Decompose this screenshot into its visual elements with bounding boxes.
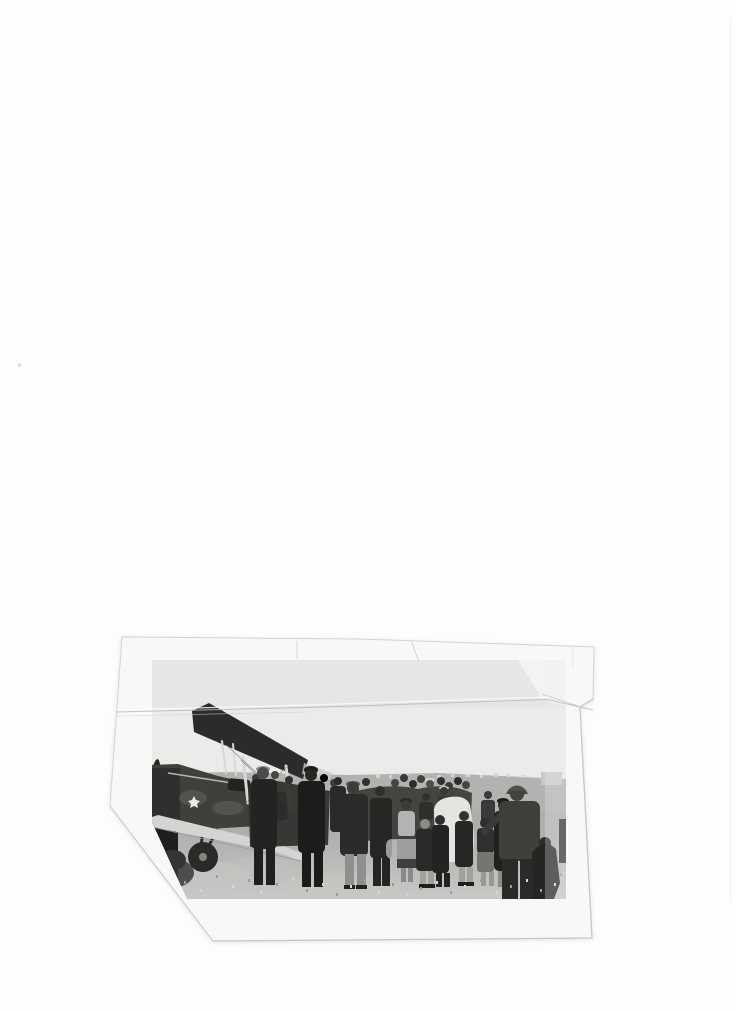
wheel-hub — [199, 853, 207, 861]
spectator-figure — [370, 786, 392, 886]
photo-print — [108, 633, 596, 943]
scanned-page-background — [0, 0, 735, 1011]
photo-image — [138, 660, 566, 899]
engine-cowling — [150, 768, 180, 823]
dust-speck — [18, 363, 21, 367]
scanner-edge-artifact — [730, 20, 731, 900]
